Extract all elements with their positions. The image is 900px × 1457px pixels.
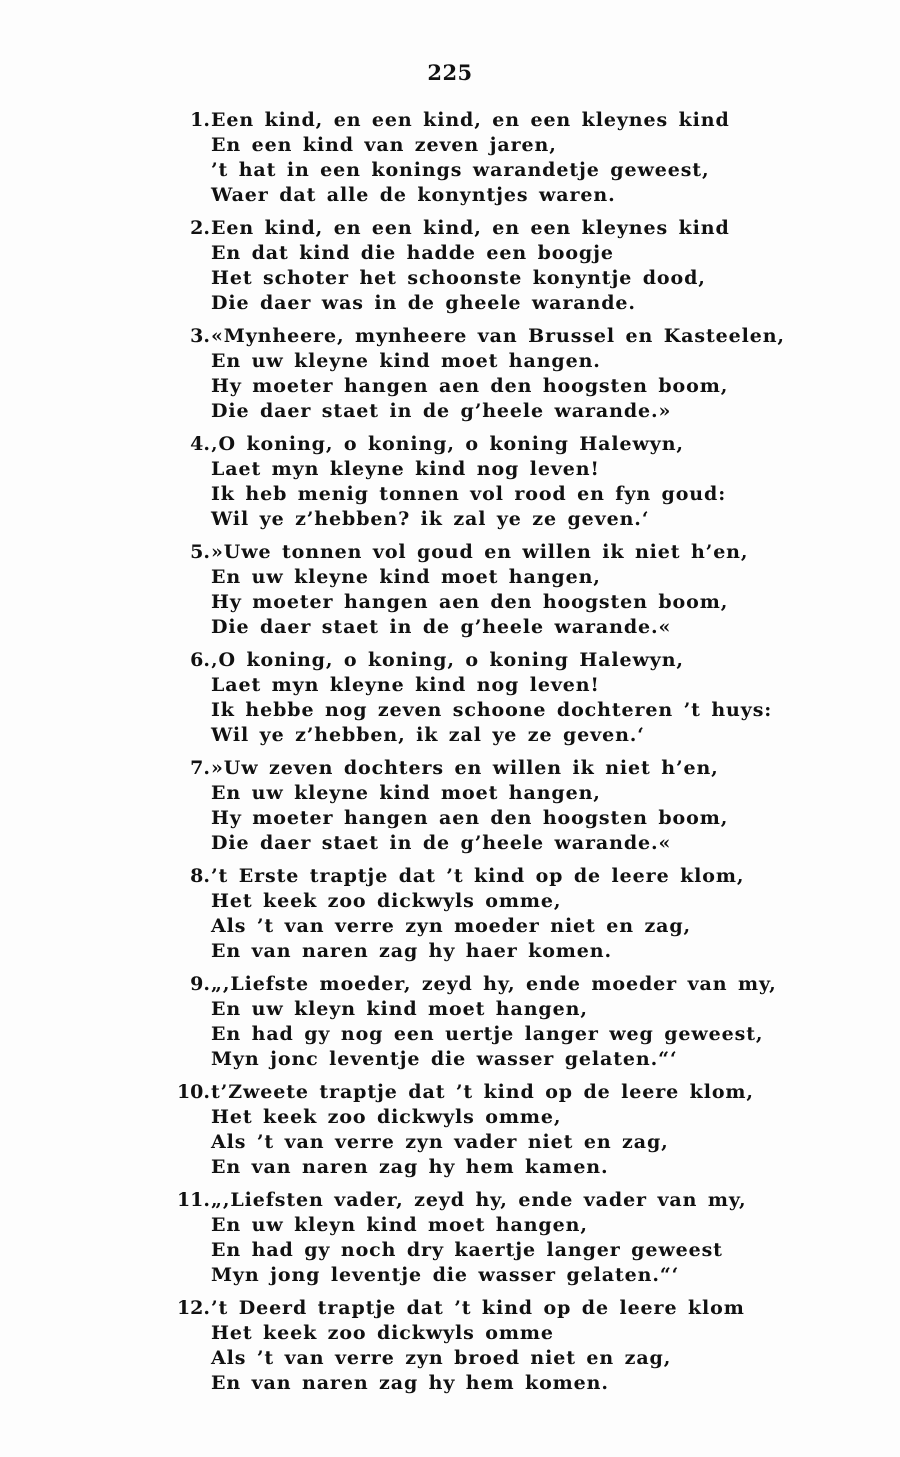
verse-line: Myn jonc leventje die wasser gelaten.“‘ [211, 1047, 730, 1072]
stanza: 2.Een kind, en een kind, en een kleynes … [170, 216, 730, 316]
verse-line: Het schoter het schoonste konyntje dood, [211, 266, 730, 291]
verse-line: En dat kind die hadde een boogje [211, 241, 730, 266]
stanza-number: 9. [170, 972, 210, 997]
verse-line: En van naren zag hy haer komen. [211, 939, 730, 964]
verse-line: En had gy nog een uertje langer weg gewe… [211, 1022, 730, 1047]
stanza-number: 3. [170, 324, 210, 349]
verse-line: Het keek zoo dickwyls omme, [211, 889, 730, 914]
stanza: 8.’t Erste traptje dat ’t kind op de lee… [170, 864, 730, 964]
stanza-number: 7. [170, 756, 210, 781]
verse-line: ‚O koning, o koning, o koning Halewyn, [211, 648, 730, 673]
stanza-list: 1.Een kind, en een kind, en een kleynes … [170, 108, 730, 1404]
stanza: 11.„,Liefsten vader, zeyd hy, ende vader… [170, 1188, 730, 1288]
verse-line: Als ’t van verre zyn broed niet en zag, [211, 1346, 730, 1371]
stanza: 4.‚O koning, o koning, o koning Halewyn,… [170, 432, 730, 532]
verse-line: Een kind, en een kind, en een kleynes ki… [211, 108, 730, 133]
stanza-number: 1. [170, 108, 210, 133]
verse-line: ’t hat in een konings warandetje geweest… [211, 158, 730, 183]
verse-line: En uw kleyn kind moet hangen, [211, 1213, 730, 1238]
verse-line: ’t Deerd traptje dat ’t kind op de leere… [211, 1296, 730, 1321]
verse-line: Ik hebbe nog zeven schoone dochteren ’t … [211, 698, 730, 723]
verse-line: Myn jong leventje die wasser gelaten.“‘ [211, 1263, 730, 1288]
verse-line: «Mynheere, mynheere van Brussel en Kaste… [211, 324, 730, 349]
verse-line: Wil ye z’hebben? ik zal ye ze geven.‘ [211, 507, 730, 532]
stanza-number: 10. [170, 1080, 210, 1105]
verse-line: »Uwe tonnen vol goud en willen ik niet h… [211, 540, 730, 565]
stanza: 10.t’Zweete traptje dat ’t kind op de le… [170, 1080, 730, 1180]
verse-line: En uw kleyn kind moet hangen, [211, 997, 730, 1022]
verse-line: Als ’t van verre zyn moeder niet en zag, [211, 914, 730, 939]
stanza: 12.’t Deerd traptje dat ’t kind op de le… [170, 1296, 730, 1396]
verse-line: Hy moeter hangen aen den hoogsten boom, [211, 590, 730, 615]
stanza-number: 5. [170, 540, 210, 565]
verse-line: En uw kleyne kind moet hangen, [211, 565, 730, 590]
stanza: 1.Een kind, en een kind, en een kleynes … [170, 108, 730, 208]
verse-line: Die daer staet in de g’heele warande.« [211, 615, 730, 640]
stanza: 6.‚O koning, o koning, o koning Halewyn,… [170, 648, 730, 748]
stanza-number: 6. [170, 648, 210, 673]
verse-line: t’Zweete traptje dat ’t kind op de leere… [211, 1080, 730, 1105]
book-page: 225 1.Een kind, en een kind, en een kley… [0, 0, 900, 1457]
verse-line: Hy moeter hangen aen den hoogsten boom, [211, 806, 730, 831]
stanza-number: 4. [170, 432, 210, 457]
verse-line: Het keek zoo dickwyls omme [211, 1321, 730, 1346]
verse-line: Die daer staet in de g’heele warande.» [211, 399, 730, 424]
verse-line: En uw kleyne kind moet hangen, [211, 781, 730, 806]
verse-line: Laet myn kleyne kind nog leven! [211, 457, 730, 482]
stanza-number: 12. [170, 1296, 210, 1321]
verse-line: Een kind, en een kind, en een kleynes ki… [211, 216, 730, 241]
verse-line: Die daer staet in de g’heele warande.« [211, 831, 730, 856]
verse-line: Hy moeter hangen aen den hoogsten boom, [211, 374, 730, 399]
stanza: 5.»Uwe tonnen vol goud en willen ik niet… [170, 540, 730, 640]
stanza: 3.«Mynheere, mynheere van Brussel en Kas… [170, 324, 730, 424]
verse-line: »Uw zeven dochters en willen ik niet h’e… [211, 756, 730, 781]
verse-line: En van naren zag hy hem komen. [211, 1371, 730, 1396]
verse-line: Wil ye z’hebben, ik zal ye ze geven.‘ [211, 723, 730, 748]
verse-line: ’t Erste traptje dat ’t kind op de leere… [211, 864, 730, 889]
verse-line: Laet myn kleyne kind nog leven! [211, 673, 730, 698]
verse-line: Ik heb menig tonnen vol rood en fyn goud… [211, 482, 730, 507]
stanza-number: 8. [170, 864, 210, 889]
verse-line: En had gy noch dry kaertje langer gewees… [211, 1238, 730, 1263]
verse-line: „,Liefste moeder, zeyd hy, ende moeder v… [211, 972, 730, 997]
verse-line: Waer dat alle de konyntjes waren. [211, 183, 730, 208]
verse-line: „,Liefsten vader, zeyd hy, ende vader va… [211, 1188, 730, 1213]
stanza: 7.»Uw zeven dochters en willen ik niet h… [170, 756, 730, 856]
verse-line: En uw kleyne kind moet hangen. [211, 349, 730, 374]
stanza: 9.„,Liefste moeder, zeyd hy, ende moeder… [170, 972, 730, 1072]
verse-line: Als ’t van verre zyn vader niet en zag, [211, 1130, 730, 1155]
verse-line: Het keek zoo dickwyls omme, [211, 1105, 730, 1130]
page-number: 225 [0, 60, 900, 85]
stanza-number: 11. [170, 1188, 210, 1213]
verse-line: En van naren zag hy hem kamen. [211, 1155, 730, 1180]
verse-line: ‚O koning, o koning, o koning Halewyn, [211, 432, 730, 457]
verse-line: En een kind van zeven jaren, [211, 133, 730, 158]
verse-line: Die daer was in de gheele warande. [211, 291, 730, 316]
stanza-number: 2. [170, 216, 210, 241]
